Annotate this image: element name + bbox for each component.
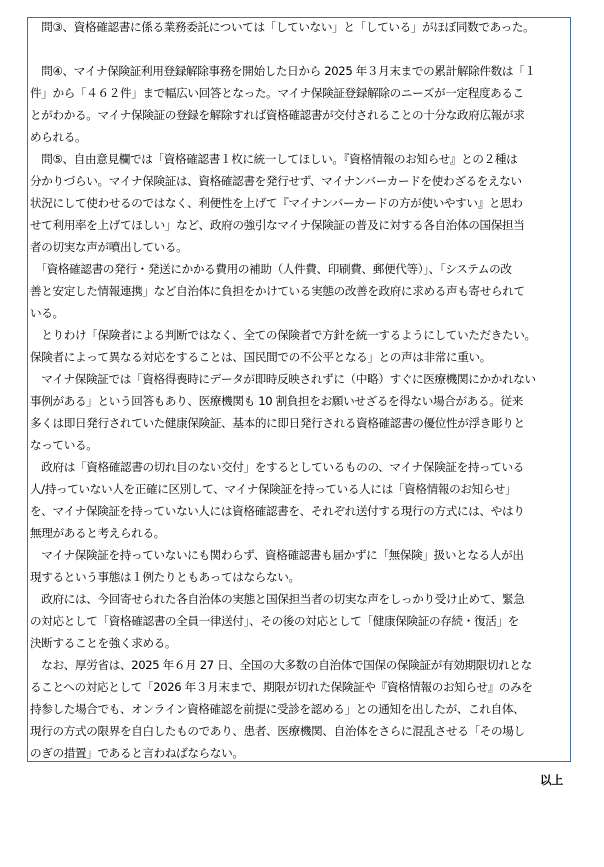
paragraph-demand: 政府には、今回寄せられた各自治体の実態と国保担当者の切実な声をしっかり受け止めて… (30, 588, 568, 654)
closing-mark: 以上 (540, 772, 563, 788)
paragraph-mhlw-notice: なお、厚労省は、2025 年６月 27 日、全国の大多数の自治体で国保の保険証が… (30, 654, 568, 764)
text-line: められる。 (30, 126, 568, 148)
paragraph-government-policy: 政府は「資格確認書の切れ目のない交付」をするとしているものの、マイナ保険証を持っ… (30, 456, 568, 588)
text-line: マイナ保険証では「資格得喪時にデータが即時反映されずに（中略）すぐに医療機関にか… (30, 368, 568, 390)
text-line: 政府は「資格確認書の切れ目のない交付」をするとしているものの、マイナ保険証を持っ… (30, 456, 568, 478)
text-line: とりわけ「保険者による判断ではなく、全ての保険者で方針を統一するようにしていただ… (30, 324, 568, 346)
text-line: 分かりづらい。マイナ保険証は、資格確認書を発行せず、マイナンバーカードを使わざる… (30, 170, 568, 192)
text-line: いる。 (30, 302, 568, 324)
text-line: を、マイナ保険証を持っていない人には資格確認書を、それぞれ送付する現行の方式には… (30, 500, 568, 522)
text-line: 持参した場合でも、オンライン資格確認を前提に受診を認める」との通知を出したが、こ… (30, 698, 568, 720)
text-line: 問③、資格確認書に係る業務委託については「していない」と「している」がほぼ同数で… (30, 16, 568, 38)
text-line: とがわかる。マイナ保険証の登録を解除すれば資格確認書が交付されることの十分な政府… (30, 104, 568, 126)
text-line: 人/持っていない人を正確に区別して、マイナ保険証を持っている人には「資格情報のお… (30, 478, 568, 500)
text-line: 問④、マイナ保険証利用登録解除事務を開始した日から 2025 年３月末までの累計… (30, 60, 568, 82)
text-line: なっている。 (30, 434, 568, 456)
text-line: 「資格確認書の発行・発送にかかる費用の補助（人件費、印刷費、郵便代等）」、「シス… (30, 258, 568, 280)
paragraph-q3: 問③、資格確認書に係る業務委託については「していない」と「している」がほぼ同数で… (30, 16, 568, 38)
paragraph-cost-burden: 「資格確認書の発行・発送にかかる費用の補助（人件費、印刷費、郵便代等）」、「シス… (30, 258, 568, 368)
text-box: 問③、資格確認書に係る業務委託については「していない」と「している」がほぼ同数で… (27, 17, 571, 762)
text-line: ることへの対応として「2026 年３月末まで、期限が切れた保険証や『資格情報のお… (30, 676, 568, 698)
text-line: なお、厚労省は、2025 年６月 27 日、全国の大多数の自治体で国保の保険証が… (30, 654, 568, 676)
text-line: 現するという事態は１例たりともあってはならない。 (30, 566, 568, 588)
text-line: 者の切実な声が噴出している。 (30, 236, 568, 258)
text-line: 状況にして使わせるのではなく、利便性を上げて『マイナンバーカードの方が使いやすい… (30, 192, 568, 214)
text-line: 善と安定した情報連携」など自治体に負担をかけている実態の改善を政府に求める声も寄… (30, 280, 568, 302)
text-line: 政府には、今回寄せられた各自治体の実態と国保担当者の切実な声をしっかり受け止めて… (30, 588, 568, 610)
paragraph-q5: 問⑤、自由意見欄では「資格確認書１枚に統一してほしい。『資格情報のお知らせ』との… (30, 148, 568, 258)
paragraph-myna-insurance: マイナ保険証では「資格得喪時にデータが即時反映されずに（中略）すぐに医療機関にか… (30, 368, 568, 456)
text-line: 事例がある」という回答もあり、医療機関も 10 割負担をお願いせざるを得ない場合… (30, 390, 568, 412)
text-line: のぎの措置」であると言わねばならない。 (30, 742, 568, 764)
text-line: マイナ保険証を持っていないにも関わらず、資格確認書も届かずに「無保険」扱いとなる… (30, 544, 568, 566)
text-line: せて利用率を上げてほしい」など、政府の強引なマイナ保険証の普及に対する各自治体の… (30, 214, 568, 236)
text-line: 決断することを強く求める。 (30, 632, 568, 654)
text-line: 現行の方式の限界を自白したものであり、患者、医療機関、自治体をさらに混乱させる「… (30, 720, 568, 742)
paragraph-q4: 問④、マイナ保険証利用登録解除事務を開始した日から 2025 年３月末までの累計… (30, 60, 568, 148)
text-line: 件」から「４６２件」まで幅広い回答となった。マイナ保険証登録解除のニーズが一定程… (30, 82, 568, 104)
text-line: 問⑤、自由意見欄では「資格確認書１枚に統一してほしい。『資格情報のお知らせ』との… (30, 148, 568, 170)
text-line: の対応として「資格確認書の全員一律送付」、その後の対応として「健康保険証の存続・… (30, 610, 568, 632)
text-line: 無理があると考えられる。 (30, 522, 568, 544)
text-line: 多くは即日発行されていた健康保険証、基本的に即日発行される資格確認書の優位性が浮… (30, 412, 568, 434)
text-line: 保険者によって異なる対応をすることは、国民間での不公平となる」との声は非常に重い… (30, 346, 568, 368)
